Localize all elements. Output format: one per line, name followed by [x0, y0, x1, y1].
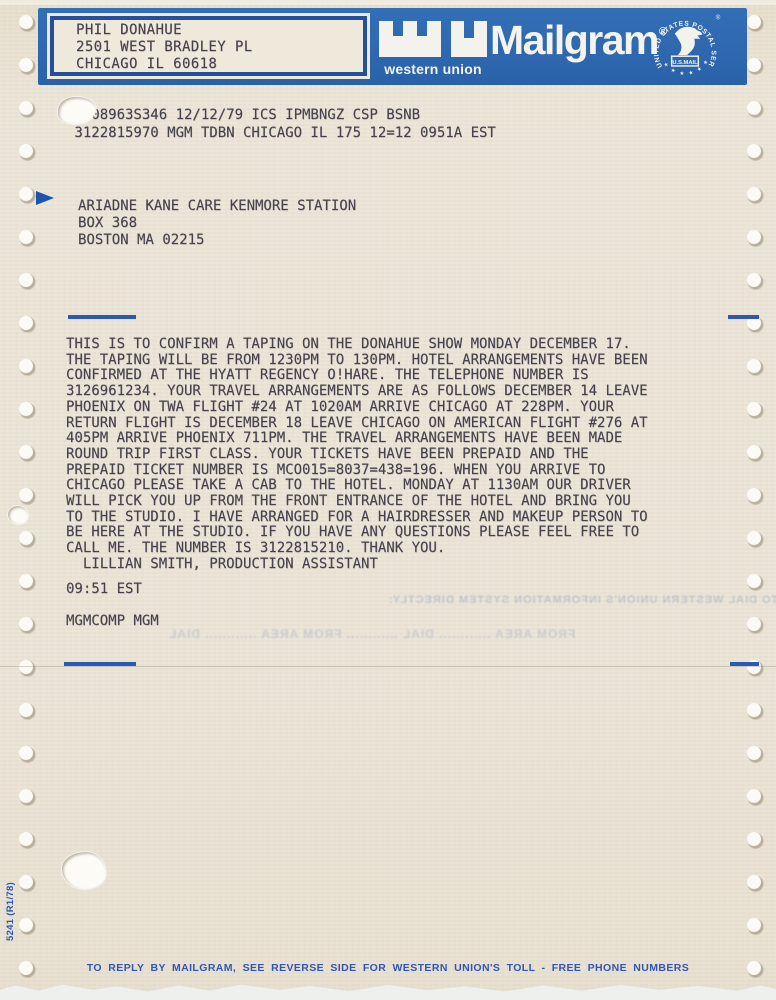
mailgram-wordmark-text: Mailgram — [490, 17, 658, 63]
seal-eagle-icon — [675, 27, 703, 55]
recipient-address: ARIADNE KANE CARE KENMORE STATION BOX 36… — [78, 198, 356, 248]
showthrough-text-1: TO DIAL WESTERN UNION'S INFORMATION SYST… — [388, 594, 776, 606]
header-band: PHIL DONAHUE 2501 WEST BRADLEY PL CHICAG… — [38, 8, 747, 85]
wu-brand-text: western union — [379, 61, 487, 77]
torn-edge-top — [0, 0, 776, 5]
seal-usmail-label: U.S.MAIL — [672, 60, 698, 66]
message-body: THIS IS TO CONFIRM A TAPING ON THE DONAH… — [66, 337, 648, 573]
routing-codes: 4=008963S346 12/12/79 ICS IPMBNGZ CSP BS… — [66, 107, 496, 142]
sender-address-window: PHIL DONAHUE 2501 WEST BRADLEY PL CHICAG… — [47, 13, 370, 79]
mailgram-wordmark: Mailgram® — [490, 17, 666, 64]
mailgram-page: PHIL DONAHUE 2501 WEST BRADLEY PL CHICAG… — [0, 0, 776, 1000]
postal-seal-icon: UNITED STATES POSTAL SERVICE ★ ★ ★ ★ ★ ★… — [646, 9, 724, 87]
time-stamp: 09:51 EST — [66, 581, 142, 597]
showthrough-text-2: FROM AREA ............ DIAL ............… — [168, 627, 575, 641]
tractor-holes-left — [13, 0, 40, 1000]
terminal-code: MGMCOMP MGM — [66, 613, 159, 629]
torn-spot — [62, 852, 106, 889]
fold-mark-left-1 — [68, 315, 136, 319]
footer-reply-note: TO REPLY BY MAILGRAM, SEE REVERSE SIDE F… — [0, 962, 776, 974]
wu-castle-w-icon — [379, 21, 441, 57]
form-number: 5241 (R1/78) — [5, 882, 16, 941]
fold-mark-right-2 — [730, 662, 759, 666]
torn-edge-bottom — [0, 983, 776, 1000]
wu-castle-u-icon — [451, 21, 487, 57]
tractor-holes-right — [741, 0, 768, 1000]
sender-address: PHIL DONAHUE 2501 WEST BRADLEY PL CHICAG… — [76, 22, 253, 73]
fold-mark-left-2 — [64, 662, 136, 666]
delivery-arrow-icon — [36, 191, 54, 205]
crease-line — [0, 666, 776, 667]
fold-mark-right-1 — [728, 315, 759, 319]
wu-castle-glyphs-icon — [379, 21, 487, 59]
western-union-logo: western union — [379, 19, 487, 79]
seal-registered-mark: ® — [716, 14, 721, 21]
torn-spot — [8, 506, 28, 524]
